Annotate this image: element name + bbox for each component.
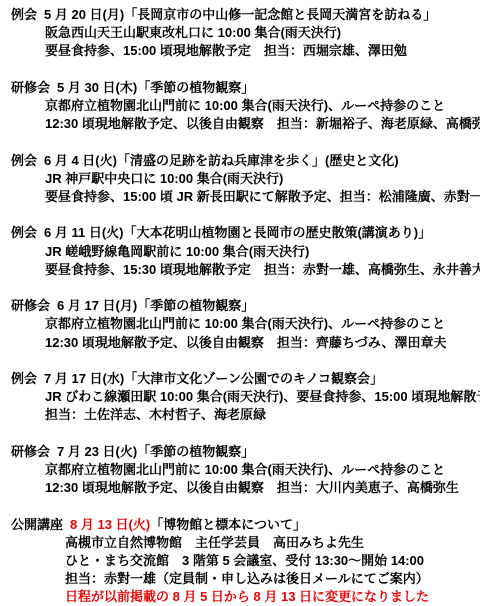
event-title: 6 月 17 日(月)「季節の植物観察」 [57, 297, 254, 315]
event-title: 7 月 23 日(火)「季節の植物観察」 [57, 443, 254, 461]
event-type-label: 研修会 [11, 443, 50, 461]
event-detail-line: 阪急西山天王山駅東改札口に 10:00 集合(雨天決行) [11, 24, 480, 42]
event-detail-line: 京都府立植物園北山門前に 10:00 集合(雨天決行)、ルーペ持参のこと [11, 461, 480, 479]
event-title: 6 月 11 日(火)「大本花明山植物園と長岡市の歴史散策(講演あり)」 [44, 224, 431, 242]
event-detail-line: 12:30 頃現地解散予定、以後自由観察 担当：新堀裕子、海老原緑、高橋弥生 [11, 115, 480, 133]
event-title: 5 月 20 日(月)「長岡京市の中山修一記念館と長岡天満宮を訪ねる」 [44, 6, 436, 24]
event-detail-line: 京都府立植物園北山門前に 10:00 集合(雨天決行)、ルーペ持参のこと [11, 97, 480, 115]
event-block-6: 例会 7 月 17 日(水)「大津市文化ゾーン公園でのキノコ観察会」 JR びわ… [11, 370, 480, 425]
event-detail-line: 担当：土佐洋志、木村哲子、海老原緑 [11, 406, 480, 424]
lecture-detail-line: ひと・まち交流館 3 階第 5 会議室、受付 13:30～開始 14:00 [11, 552, 480, 570]
event-type-label: 研修会 [11, 79, 50, 97]
event-title: 5 月 30 日(木)「季節の植物観察」 [57, 79, 254, 97]
lecture-date-highlight: 8 月 13 日(火) [70, 517, 150, 532]
lecture-title-line: 8 月 13 日(火)「博物館と標本について」 [70, 516, 306, 534]
event-block-5: 研修会 6 月 17 日(月)「季節の植物観察」 京都府立植物園北山門前に 10… [11, 297, 480, 352]
event-header-line: 例会 6 月 11 日(火)「大本花明山植物園と長岡市の歴史散策(講演あり)」 [11, 224, 480, 242]
event-header-line: 研修会 7 月 23 日(火)「季節の植物観察」 [11, 443, 480, 461]
lecture-change-notice: 日程が以前掲載の 8 月 5 日から 8 月 13 日に変更になりました [11, 588, 480, 606]
event-detail-line: 京都府立植物園北山門前に 10:00 集合(雨天決行)、ルーペ持参のこと [11, 315, 480, 333]
schedule-document: 例会 5 月 20 日(月)「長岡京市の中山修一記念館と長岡天満宮を訪ねる」 阪… [0, 0, 480, 606]
event-header-line: 例会 5 月 20 日(月)「長岡京市の中山修一記念館と長岡天満宮を訪ねる」 [11, 6, 480, 24]
lecture-type-label: 公開講座 [11, 516, 63, 534]
event-block-7: 研修会 7 月 23 日(火)「季節の植物観察」 京都府立植物園北山門前に 10… [11, 443, 480, 498]
event-title: 6 月 4 日(火)「清盛の足跡を訪ね兵庫津を歩く」(歴史と文化) [44, 152, 399, 170]
event-header-line: 例会 7 月 17 日(水)「大津市文化ゾーン公園でのキノコ観察会」 [11, 370, 480, 388]
event-block-4: 例会 6 月 11 日(火)「大本花明山植物園と長岡市の歴史散策(講演あり)」 … [11, 224, 480, 279]
event-block-1: 例会 5 月 20 日(月)「長岡京市の中山修一記念館と長岡天満宮を訪ねる」 阪… [11, 6, 480, 61]
event-detail-line: 要昼食持参、15:30 頃現地解散予定 担当：赤對一雄、高橋弥生、永井善大 [11, 261, 480, 279]
lecture-title: 「博物館と標本について」 [150, 517, 306, 532]
event-header-line: 例会 6 月 4 日(火)「清盛の足跡を訪ね兵庫津を歩く」(歴史と文化) [11, 152, 480, 170]
event-detail-line: JR 神戸駅中央口に 10:00 集合(雨天決行) [11, 170, 480, 188]
event-block-3: 例会 6 月 4 日(火)「清盛の足跡を訪ね兵庫津を歩く」(歴史と文化) JR … [11, 152, 480, 207]
event-detail-line: JR 嵯峨野線亀岡駅前に 10:00 集合(雨天決行) [11, 243, 480, 261]
event-type-label: 例会 [11, 224, 37, 242]
event-type-label: 研修会 [11, 297, 50, 315]
event-header-line: 研修会 6 月 17 日(月)「季節の植物観察」 [11, 297, 480, 315]
event-detail-line: 要昼食持参、15:00 頃現地解散予定 担当：西堀宗雄、澤田勉 [11, 42, 480, 60]
event-detail-line: 12:30 頃現地解散予定、以後自由観察 担当：齊藤ちづみ、澤田章夫 [11, 334, 480, 352]
lecture-header-line: 公開講座 8 月 13 日(火)「博物館と標本について」 [11, 516, 480, 534]
event-detail-line: 要昼食持参、15:00 頃 JR 新長田駅にて解散予定、担当：松浦隆廣、赤對一雄 [11, 188, 480, 206]
event-detail-line: 12:30 頃現地解散予定、以後自由観察 担当：大川内美恵子、高橋弥生 [11, 479, 480, 497]
lecture-detail-line: 高槻市立自然博物館 主任学芸員 高田みちよ先生 [11, 534, 480, 552]
lecture-detail-line: 担当：赤對一雄（定員制・申し込みは後日メールにてご案内） [11, 570, 480, 588]
event-detail-line: JR びわこ線瀬田駅 10:00 集合(雨天決行)、要昼食持参、15:00 頃現… [11, 388, 480, 406]
event-type-label: 例会 [11, 370, 37, 388]
event-type-label: 例会 [11, 152, 37, 170]
event-type-label: 例会 [11, 6, 37, 24]
lecture-block: 公開講座 8 月 13 日(火)「博物館と標本について」 高槻市立自然博物館 主… [11, 516, 480, 606]
event-title: 7 月 17 日(水)「大津市文化ゾーン公園でのキノコ観察会」 [44, 370, 383, 388]
event-header-line: 研修会 5 月 30 日(木)「季節の植物観察」 [11, 79, 480, 97]
event-block-2: 研修会 5 月 30 日(木)「季節の植物観察」 京都府立植物園北山門前に 10… [11, 79, 480, 134]
